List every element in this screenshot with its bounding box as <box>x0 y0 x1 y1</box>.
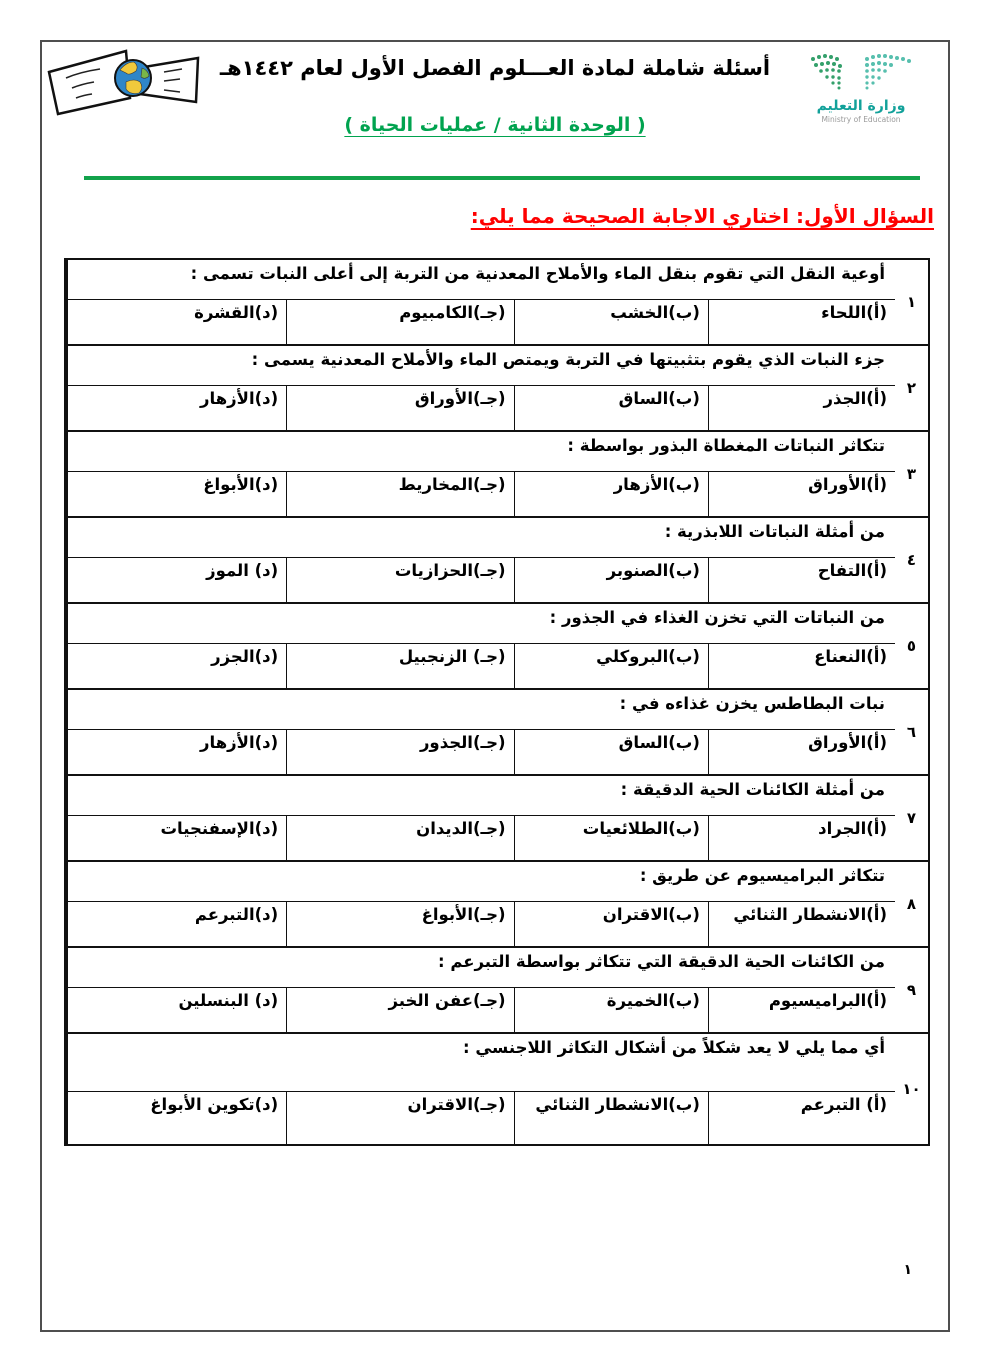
question-options: (أ)التفاح(ب)الصنوبر(جـ)الحزازيات(د) المو… <box>68 558 895 602</box>
option-c: (جـ)الحزازيات <box>287 558 514 602</box>
option-c: (جـ) الزنجبيل <box>287 644 514 688</box>
question-text: أي مما يلي لا يعد شكلاً من أشكال التكاثر… <box>68 1034 895 1092</box>
question-text: من النباتات التي تخزن الغذاء في الجذور : <box>68 604 895 644</box>
option-b: (ب)الساق <box>515 730 709 774</box>
question-block: ٧من أمثلة الكائنات الحية الدقيقة :(أ)الج… <box>66 776 928 862</box>
question-main: أي مما يلي لا يعد شكلاً من أشكال التكاثر… <box>66 1034 895 1144</box>
question-number: ٤ <box>895 518 928 602</box>
question-text: من أمثلة النباتات اللابذرية : <box>68 518 895 558</box>
question-main: من النباتات التي تخزن الغذاء في الجذور :… <box>66 604 895 688</box>
option-d: (د)الأبواغ <box>68 472 287 516</box>
question-block: ٥من النباتات التي تخزن الغذاء في الجذور … <box>66 604 928 690</box>
option-b: (ب)الساق <box>515 386 709 430</box>
question-options: (أ)الجراد(ب)الطلائعيات(جـ)الديدان(د)الإس… <box>68 816 895 860</box>
question-block: ٤من أمثلة النباتات اللابذرية :(أ)التفاح(… <box>66 518 928 604</box>
separator-line <box>84 176 920 180</box>
question-options: (أ)النعناع(ب)البروكلي(جـ) الزنجبيل(د)الج… <box>68 644 895 688</box>
ministry-logo: وزارة التعليم Ministry of Education <box>786 52 936 124</box>
option-c: (جـ)الأبواغ <box>287 902 514 946</box>
question-block: ٣تتكاثر النباتات المغطاة البذور بواسطة :… <box>66 432 928 518</box>
question-options: (أ)الانشطار الثنائي(ب)الاقتران(جـ)الأبوا… <box>68 902 895 946</box>
question-options: (أ) التبرعم(ب)الانشطار الثنائي(جـ)الاقتر… <box>68 1092 895 1144</box>
option-a: (أ)البراميسيوم <box>709 988 895 1032</box>
option-a: (أ)النعناع <box>709 644 895 688</box>
option-b: (ب)الاقتران <box>515 902 709 946</box>
question-number: ٣ <box>895 432 928 516</box>
question-number: ٦ <box>895 690 928 774</box>
option-c: (جـ)الجذور <box>287 730 514 774</box>
question-main: من أمثلة النباتات اللابذرية :(أ)التفاح(ب… <box>66 518 895 602</box>
question-text: تتكاثر النباتات المغطاة البذور بواسطة : <box>68 432 895 472</box>
question-options: (أ)البراميسيوم(ب)الخميرة(جـ)عفن الخبز(د)… <box>68 988 895 1032</box>
option-a: (أ)الجراد <box>709 816 895 860</box>
option-d: (د)الأزهار <box>68 730 287 774</box>
option-b: (ب)الخشب <box>515 300 709 344</box>
option-d: (د)الإسفنجيات <box>68 816 287 860</box>
option-a: (أ)الجذر <box>709 386 895 430</box>
document-title: أسئلة شاملة لمادة العـــلوم الفصل الأول … <box>212 56 778 80</box>
question-block: ٦نبات البطاطس يخزن غذاءه في :(أ)الأوراق(… <box>66 690 928 776</box>
page-frame: أسئلة شاملة لمادة العـــلوم الفصل الأول … <box>40 40 950 1332</box>
page-number: ١ <box>903 1262 912 1278</box>
option-a: (أ)الأوراق <box>709 472 895 516</box>
school-logo <box>46 48 202 120</box>
question-options: (أ)الأوراق(ب)الساق(جـ)الجذور(د)الأزهار <box>68 730 895 774</box>
option-a: (أ)الأوراق <box>709 730 895 774</box>
question-number: ٥ <box>895 604 928 688</box>
question-block: ١٠أي مما يلي لا يعد شكلاً من أشكال التكا… <box>66 1034 928 1144</box>
question-main: من أمثلة الكائنات الحية الدقيقة :(أ)الجر… <box>66 776 895 860</box>
question-block: ١أوعية النقل التي تقوم بنقل الماء والأمل… <box>66 260 928 346</box>
question-main: نبات البطاطس يخزن غذاءه في :(أ)الأوراق(ب… <box>66 690 895 774</box>
option-a: (أ) التبرعم <box>709 1092 895 1144</box>
ministry-name-arabic: وزارة التعليم <box>786 98 936 114</box>
question-text: جزء النبات الذي يقوم بتثبيتها في التربة … <box>68 346 895 386</box>
question-number: ١ <box>895 260 928 344</box>
option-a: (أ)اللحاء <box>709 300 895 344</box>
option-c: (جـ)المخاريط <box>287 472 514 516</box>
question-block: ٢جزء النبات الذي يقوم بتثبيتها في التربة… <box>66 346 928 432</box>
question-main: تتكاثر النباتات المغطاة البذور بواسطة :(… <box>66 432 895 516</box>
option-d: (د)الجزر <box>68 644 287 688</box>
question-block: ٩من الكائنات الحية الدقيقة التي تتكاثر ب… <box>66 948 928 1034</box>
option-c: (جـ)الأوراق <box>287 386 514 430</box>
question-text: تتكاثر البراميسيوم عن طريق : <box>68 862 895 902</box>
ministry-name-english: Ministry of Education <box>786 115 936 124</box>
option-d: (د) الموز <box>68 558 287 602</box>
question-number: ٢ <box>895 346 928 430</box>
option-b: (ب)الخميرة <box>515 988 709 1032</box>
school-logo-icon <box>46 48 202 120</box>
option-c: (جـ)الديدان <box>287 816 514 860</box>
option-b: (ب)البروكلي <box>515 644 709 688</box>
question-main: أوعية النقل التي تقوم بنقل الماء والأملا… <box>66 260 895 344</box>
question-number: ٩ <box>895 948 928 1032</box>
question-number: ١٠ <box>895 1034 928 1144</box>
question-main: جزء النبات الذي يقوم بتثبيتها في التربة … <box>66 346 895 430</box>
unit-subtitle: ( الوحدة الثانية / عمليات الحياة ) <box>212 114 778 136</box>
section-heading: السؤال الأول: اختاري الاجابة الصحيحة مما… <box>471 204 934 228</box>
question-block: ٨تتكاثر البراميسيوم عن طريق :(أ)الانشطار… <box>66 862 928 948</box>
question-options: (أ)اللحاء(ب)الخشب(جـ)الكامبيوم(د)القشرة <box>68 300 895 344</box>
question-number: ٧ <box>895 776 928 860</box>
option-d: (د) البنسلين <box>68 988 287 1032</box>
question-text: من الكائنات الحية الدقيقة التي تتكاثر بو… <box>68 948 895 988</box>
question-main: تتكاثر البراميسيوم عن طريق :(أ)الانشطار … <box>66 862 895 946</box>
question-main: من الكائنات الحية الدقيقة التي تتكاثر بو… <box>66 948 895 1032</box>
question-text: من أمثلة الكائنات الحية الدقيقة : <box>68 776 895 816</box>
option-b: (ب)الصنوبر <box>515 558 709 602</box>
option-c: (جـ)الاقتران <box>287 1092 514 1144</box>
questions-table: ١أوعية النقل التي تقوم بنقل الماء والأمل… <box>64 258 930 1146</box>
option-d: (د)التبرعم <box>68 902 287 946</box>
option-d: (د)تكوين الأبواغ <box>68 1092 287 1144</box>
option-c: (جـ)عفن الخبز <box>287 988 514 1032</box>
question-number: ٨ <box>895 862 928 946</box>
document-page: أسئلة شاملة لمادة العـــلوم الفصل الأول … <box>0 0 992 1370</box>
option-d: (د)القشرة <box>68 300 287 344</box>
question-options: (أ)الأوراق(ب)الأزهار(جـ)المخاريط(د)الأبو… <box>68 472 895 516</box>
question-text: أوعية النقل التي تقوم بنقل الماء والأملا… <box>68 260 895 300</box>
option-a: (أ)التفاح <box>709 558 895 602</box>
option-b: (ب)الانشطار الثنائي <box>515 1092 709 1144</box>
ministry-logo-dots-icon <box>805 52 917 92</box>
option-b: (ب)الطلائعيات <box>515 816 709 860</box>
option-d: (د)الأزهار <box>68 386 287 430</box>
option-b: (ب)الأزهار <box>515 472 709 516</box>
option-c: (جـ)الكامبيوم <box>287 300 514 344</box>
question-text: نبات البطاطس يخزن غذاءه في : <box>68 690 895 730</box>
question-options: (أ)الجذر(ب)الساق(جـ)الأوراق(د)الأزهار <box>68 386 895 430</box>
option-a: (أ)الانشطار الثنائي <box>709 902 895 946</box>
